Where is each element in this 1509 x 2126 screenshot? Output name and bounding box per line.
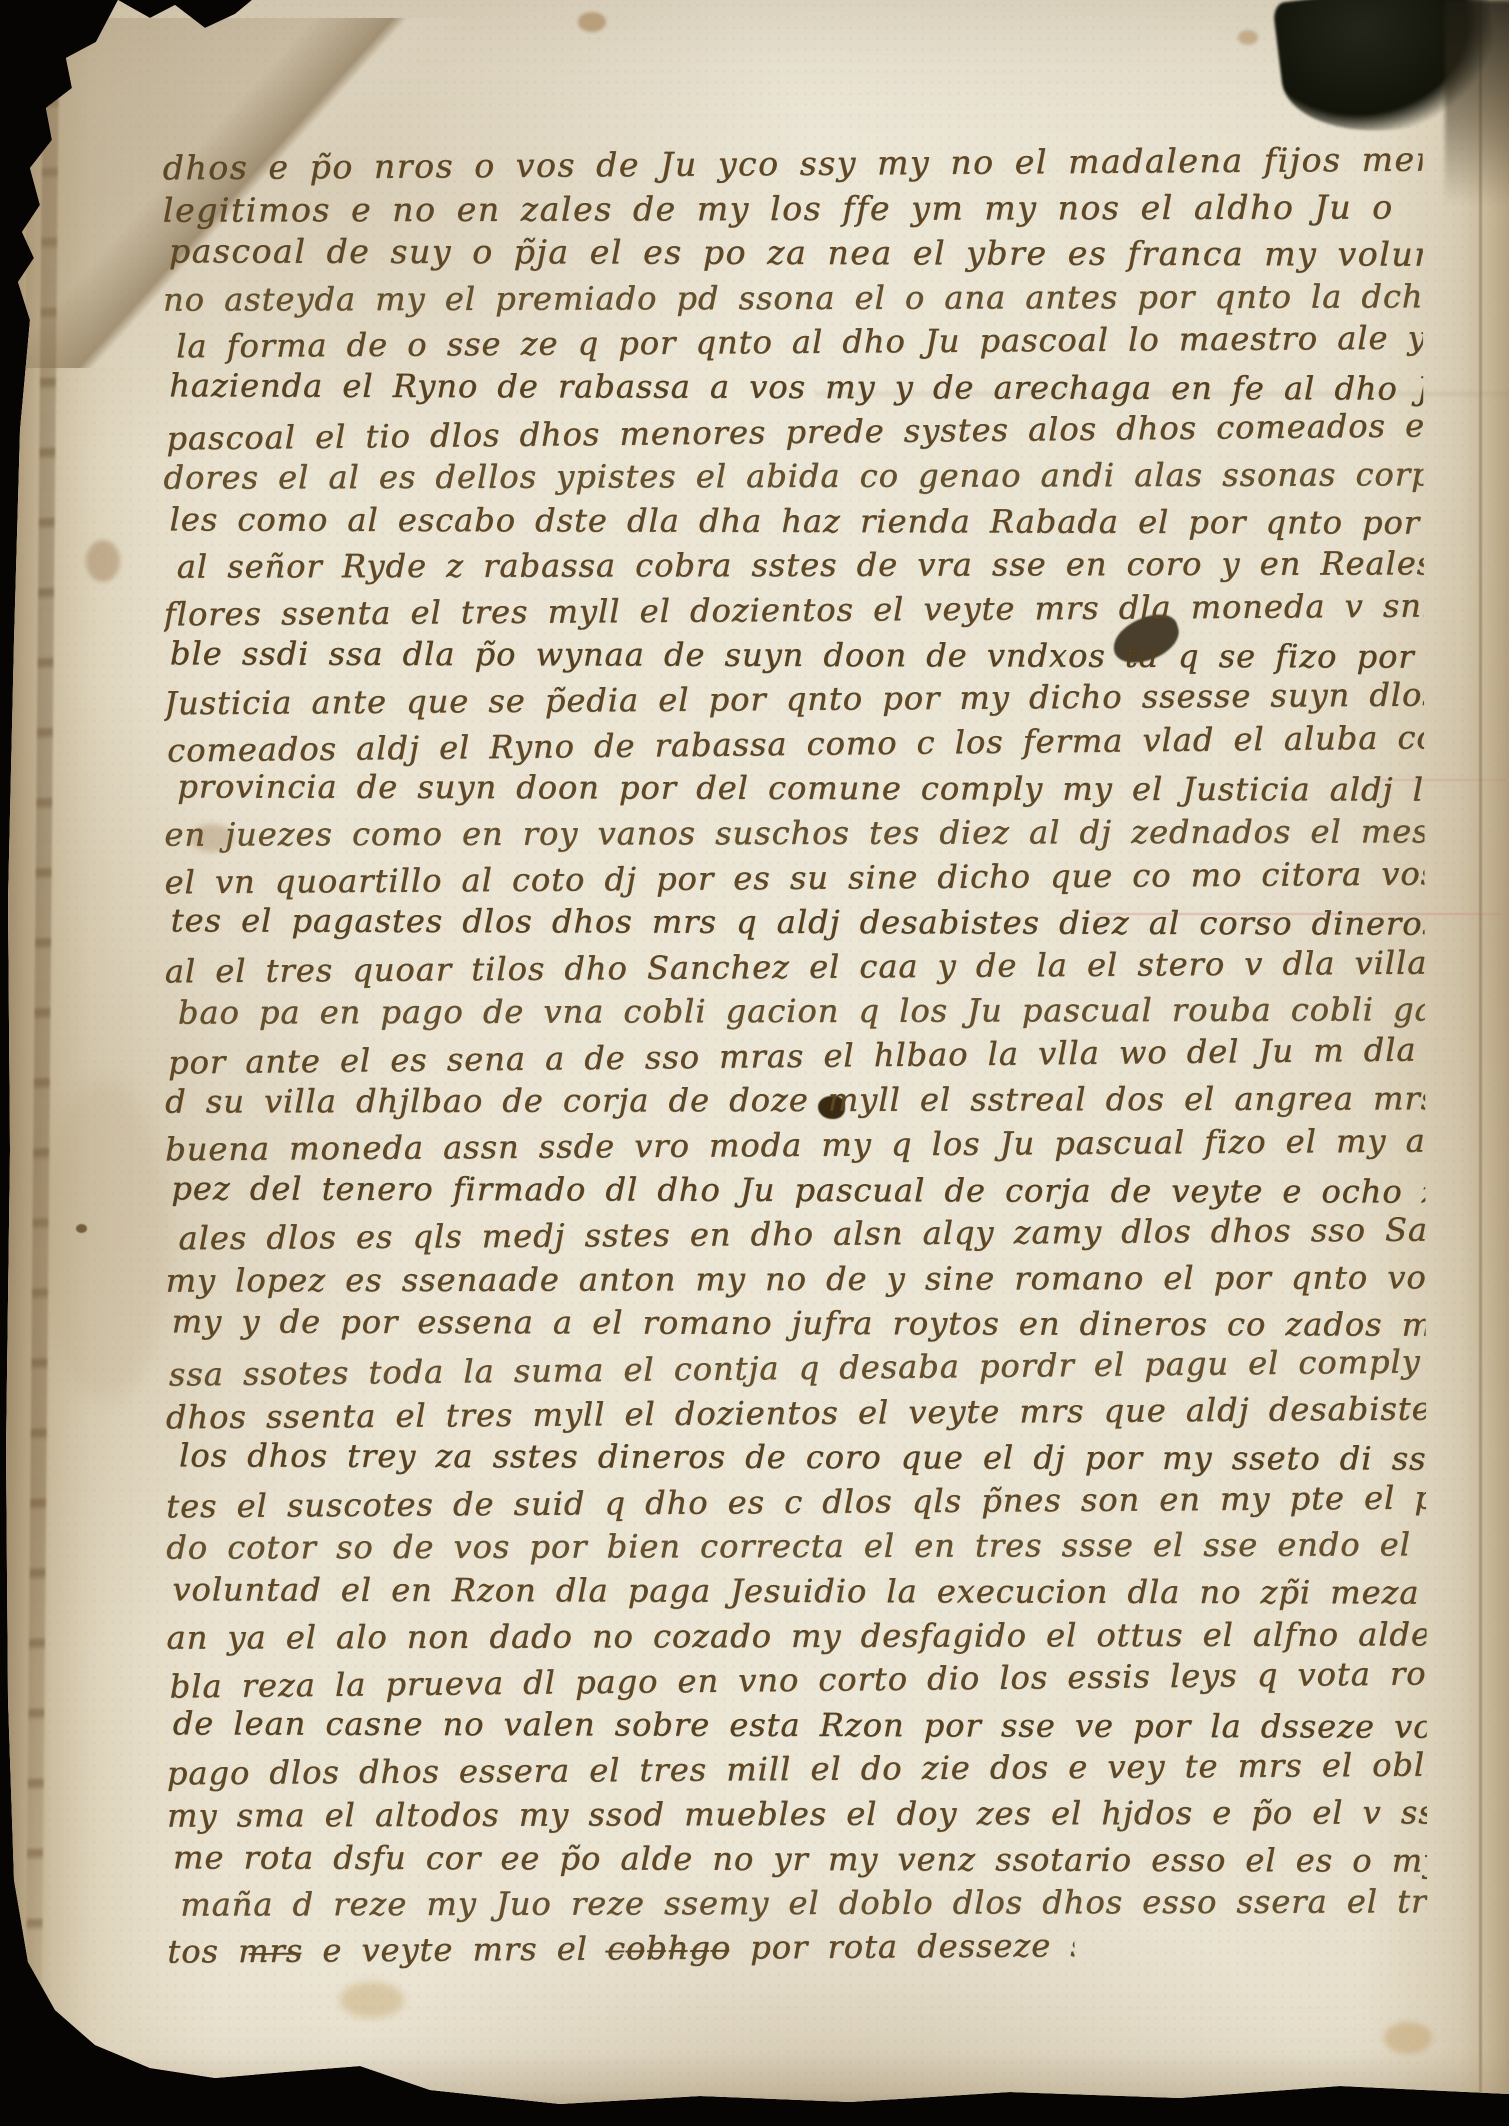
manuscript-line: tos m̶r̶s̶ e veyte mrs el c̶o̶b̶h̶g̶o̶ p… xyxy=(167,1923,1074,1974)
bottom-edge-shadow xyxy=(0,2051,1509,2126)
manuscript-line: dhos ssenta el tres myll el dozientos el… xyxy=(166,1386,1426,1439)
manuscript-line: ble ssdi ssa dla p̃o wynaa de suyn doon … xyxy=(164,631,1424,679)
manuscript-line: my lopez es ssenaade anton my no de y si… xyxy=(165,1255,1425,1303)
scan-backdrop: dhos e p̃o nros o vos de Ju yco ssy my n… xyxy=(0,0,1509,2126)
manuscript-line: my sma el altodos my ssod muebles el doy… xyxy=(167,1790,1427,1838)
fore-edge-crease xyxy=(1479,0,1482,2126)
manuscript-line: pago dlos dhos essera el tres mill el do… xyxy=(167,1743,1427,1796)
stain xyxy=(1384,2022,1432,2054)
manuscript-line: voluntad el en Rzon dla paga Jesuidio la… xyxy=(166,1567,1426,1615)
manuscript-line: de lean casne no valen sobre esta Rzon p… xyxy=(167,1701,1427,1749)
manuscript-line: en juezes como en roy vanos suschos tes … xyxy=(164,809,1424,857)
fore-edge-right xyxy=(1461,0,1509,2126)
manuscript-line: ales dlos es qls medj sstes en dho alsn … xyxy=(165,1208,1425,1261)
manuscript-line: la forma de o sse ze q por qnto al dho J… xyxy=(163,316,1423,369)
manuscript-line: do cotor so de vos por bien correcta el … xyxy=(166,1523,1426,1571)
manuscript-line: pascoal de suy o p̃ja el es po za nea el… xyxy=(163,230,1423,278)
manuscript-line: no asteyda my el premiado pd ssona el o … xyxy=(163,274,1423,322)
stain xyxy=(1238,30,1258,45)
manuscript-line: hazienda el Ryno de rabassa a vos my y d… xyxy=(163,363,1423,411)
right-edge-shadow-top xyxy=(1445,0,1509,205)
manuscript-line: legitimos e no en zales de my los ffe ym… xyxy=(163,185,1423,233)
manuscript-line: provincia de suyn doon por del comune co… xyxy=(164,765,1424,813)
damp-stain xyxy=(40,1080,170,1400)
manuscript-line: buena moneda assn ssde vro moda my q los… xyxy=(165,1119,1425,1172)
manuscript-line: al señor Ryde z rabassa cobra sstes de v… xyxy=(164,542,1424,590)
stain xyxy=(86,540,120,582)
manuscript-line: al el tres quoar tilos dho Sanchez el ca… xyxy=(165,940,1425,993)
manuscript-line: les como al escabo dste dla dha haz rien… xyxy=(164,497,1424,545)
manuscript-line: bla reza la prueva dl pago en vno corto … xyxy=(166,1652,1426,1710)
text-block: dhos e p̃o nros o vos de Ju yco ssy my n… xyxy=(163,140,1428,1993)
manuscript-line: me rota dsfu cor ee p̃o alde no yr my ve… xyxy=(167,1835,1427,1883)
manuscript-line: dores el al es dellos ypistes el abida c… xyxy=(163,453,1423,501)
manuscript-line: los dhos trey za sstes dineros de coro q… xyxy=(166,1434,1426,1482)
stain xyxy=(578,12,606,32)
manuscript-line: dhos e p̃o nros o vos de Ju yco ssy my n… xyxy=(163,140,1423,191)
manuscript-line: bao pa en pago de vna cobli gacion q los… xyxy=(165,988,1425,1036)
manuscript-line: pez del tenero firmado dl dho Ju pascual… xyxy=(165,1166,1425,1214)
manuscript-line: flores ssenta el tres myll el dozientos … xyxy=(164,584,1424,637)
manuscript-line: tes el suscotes de suid q dho es c dlos … xyxy=(166,1475,1426,1528)
manuscript-page: dhos e p̃o nros o vos de Ju yco ssy my n… xyxy=(0,0,1509,2126)
manuscript-line: tes el pagastes dlos dhos mrs q aldj des… xyxy=(165,898,1425,946)
manuscript-line: el vn quoartillo al coto dj por es su si… xyxy=(164,851,1424,904)
manuscript-line: maña d reze my Juo reze ssemy el doblo d… xyxy=(167,1880,1427,1928)
manuscript-line: d su villa dhjlbao de corja de doze myll… xyxy=(165,1077,1425,1125)
